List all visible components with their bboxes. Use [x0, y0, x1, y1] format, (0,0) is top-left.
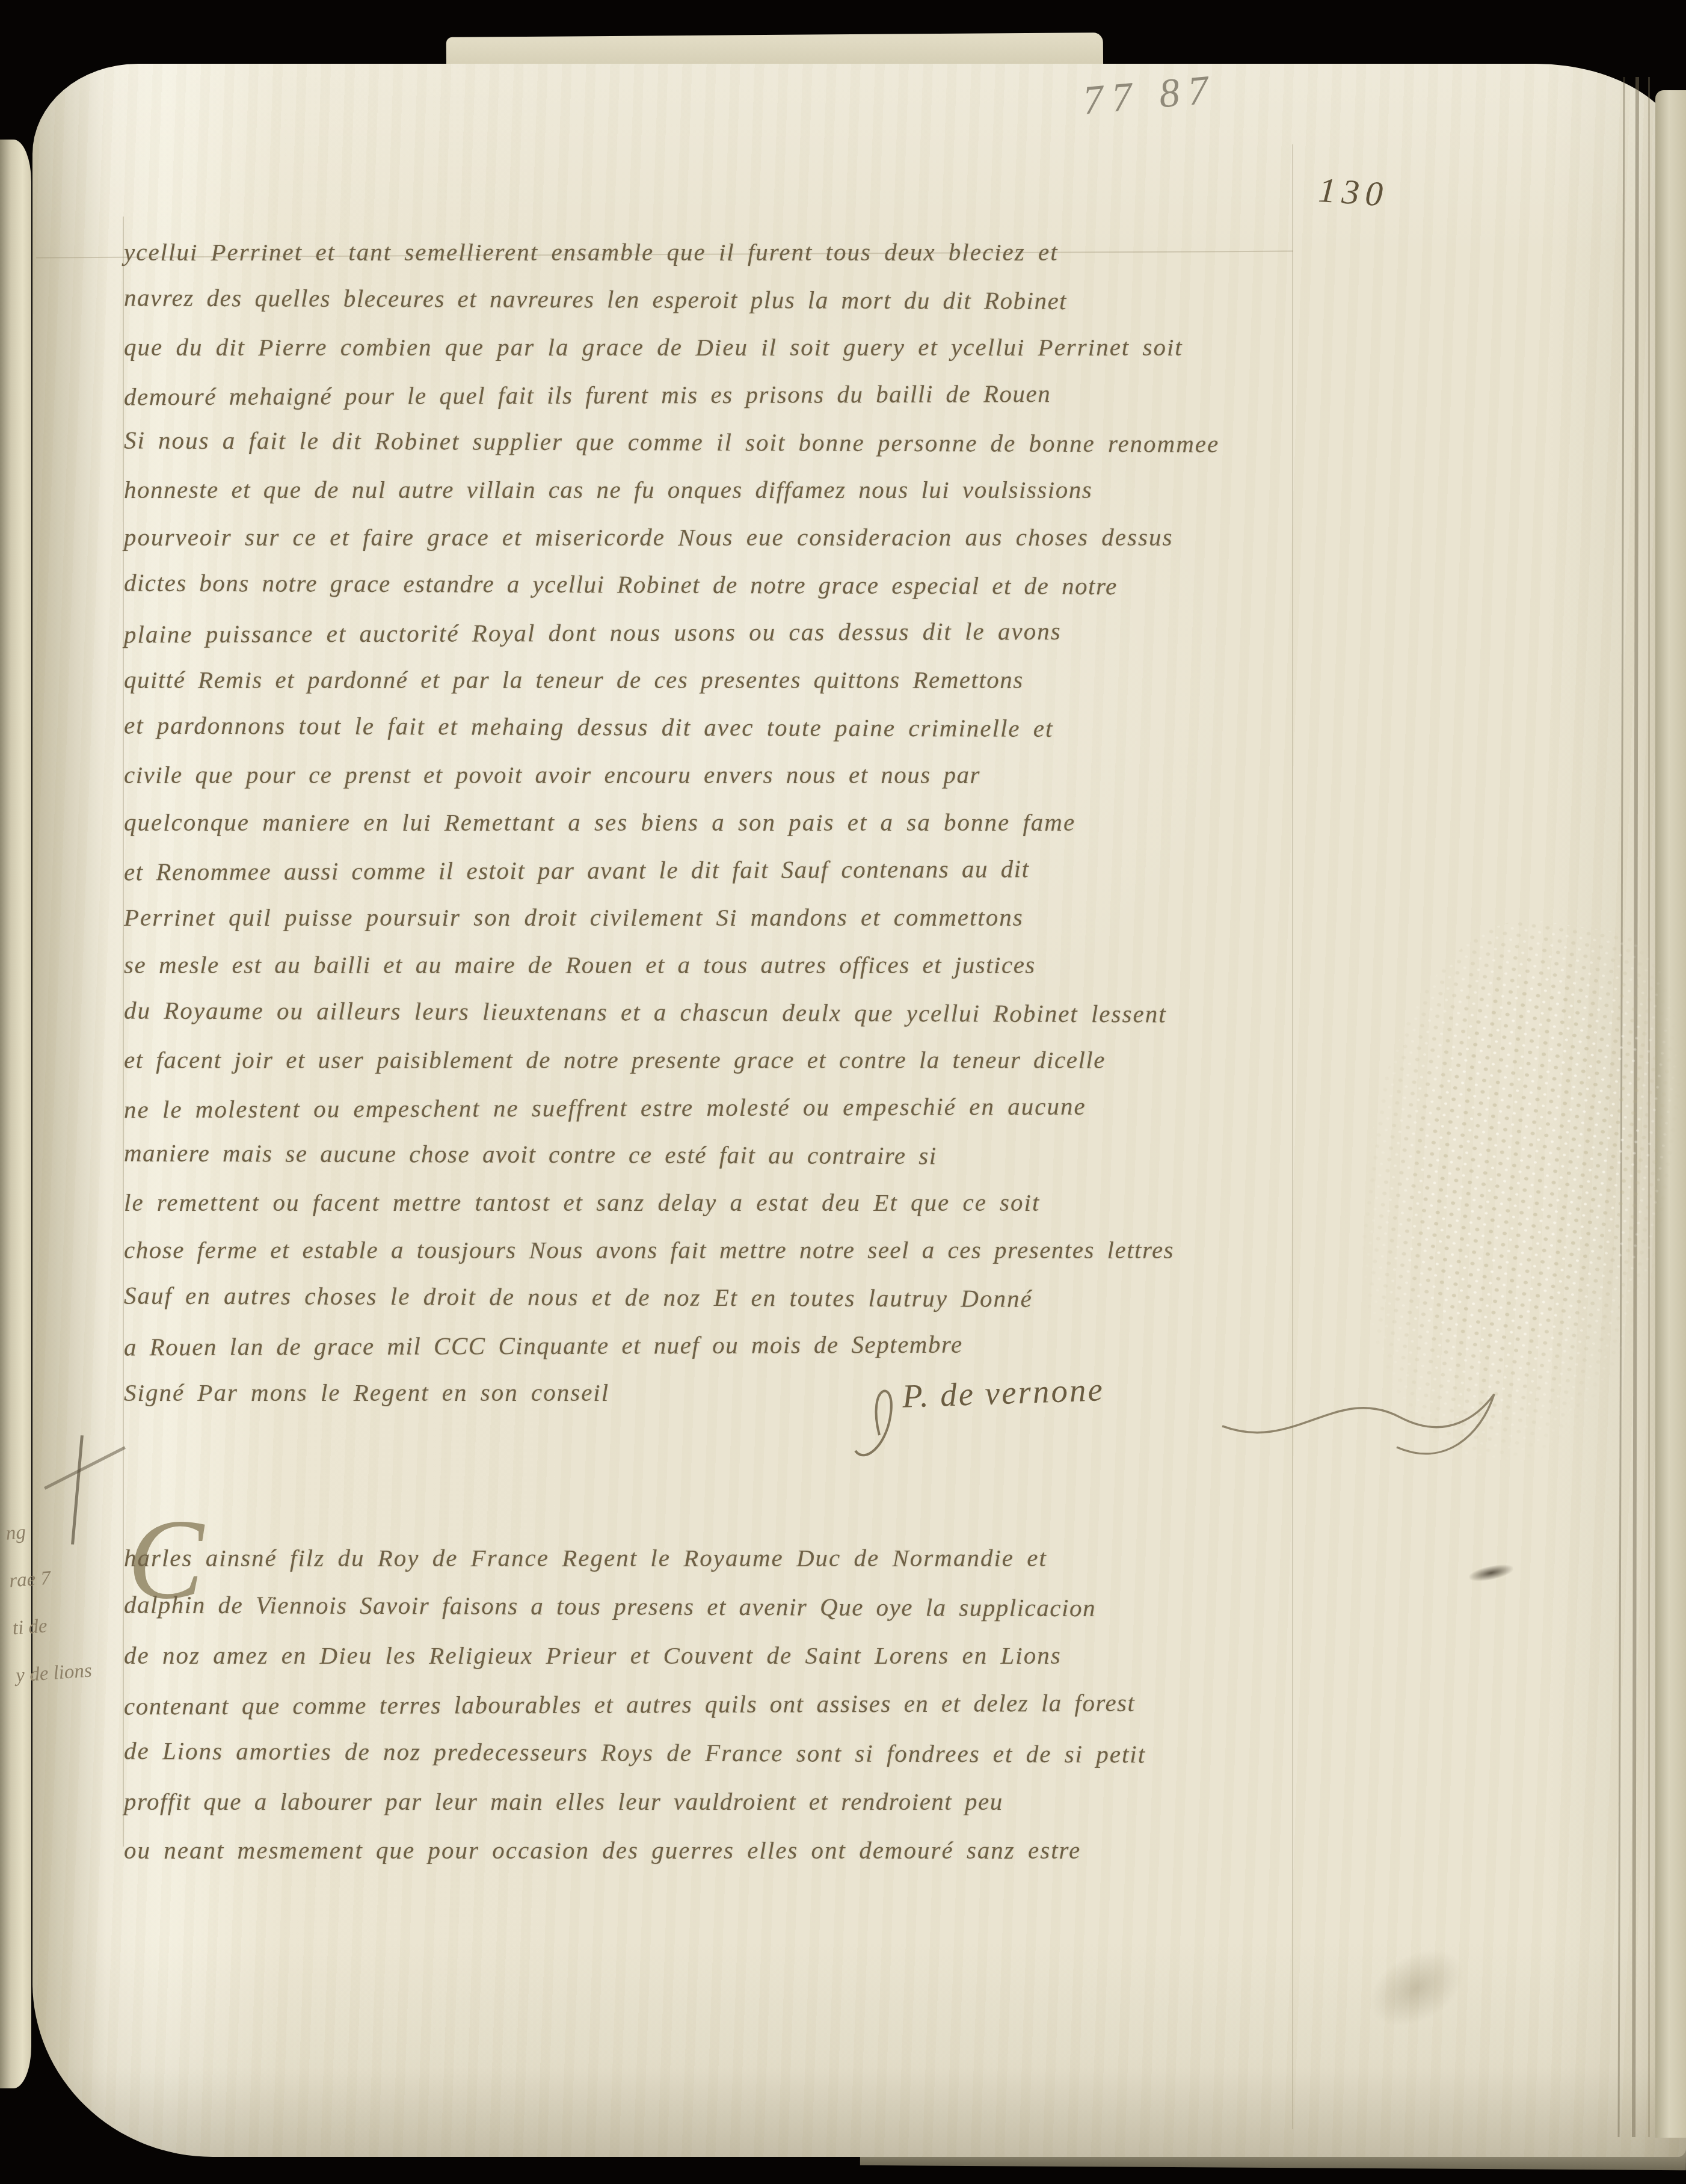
manuscript-text-line: de Lions amorties de noz predecesseurs R… [124, 1727, 1321, 1780]
folio-number: 130 [1317, 170, 1390, 215]
manuscript-text-line: ne le molestent ou empeschent ne sueffre… [124, 1082, 1321, 1134]
manuscript-text-line: quitté Remis et pardonné et par la teneu… [124, 656, 1321, 704]
manuscript-text-line: du Royaume ou ailleurs leurs lieuxtenans… [124, 987, 1321, 1039]
margin-note-line: ng [4, 1505, 84, 1558]
margin-note-line: rae 7 [8, 1552, 87, 1605]
manuscript-text-line: chose ferme et estable a tousjours Nous … [124, 1226, 1321, 1274]
manuscript-text-line: demouré mehaigné pour le quel fait ils f… [124, 369, 1321, 421]
margin-note-line: y de lions [14, 1647, 94, 1700]
clerk-signature: P. de vernone [902, 1370, 1105, 1415]
manuscript-text-line: se mesle est au bailli et au maire de Ro… [124, 941, 1321, 989]
manuscript-text-line: maniere mais se aucune chose avoit contr… [124, 1130, 1321, 1181]
charter-charles-text: harles ainsné filz du Roy de France Rege… [124, 1534, 1321, 1875]
charter-remission-text: ycellui Perrinet et tant semellierent en… [124, 229, 1321, 1417]
manuscript-text-line: proffit que a labourer par leur main ell… [124, 1777, 1321, 1826]
manuscript-text-line: ou neant mesmement que pour occasion des… [124, 1826, 1321, 1875]
manuscript-text-line: honneste et que de nul autre villain cas… [124, 466, 1321, 514]
manuscript-text-line: civile que pour ce prenst et povoit avoi… [124, 751, 1321, 799]
manuscript-text-line: dalphin de Viennois Savoir faisons a tou… [124, 1581, 1321, 1634]
manuscript-text-line: quelconque maniere en lui Remettant a se… [124, 799, 1321, 846]
manuscript-text-line: le remettent ou facent mettre tantost et… [124, 1179, 1321, 1226]
book-leaf-edge-left [0, 140, 31, 2088]
manuscript-text-line: navrez des quelles bleceures et navreure… [124, 274, 1321, 326]
margin-note-line: ti de [11, 1600, 90, 1653]
margin-note: ngrae 7ti dey de lions [4, 1505, 93, 1700]
manuscript-text-line: ycellui Perrinet et tant semellierent en… [124, 229, 1321, 276]
manuscript-photo: 77 87 130 ycellui Perrinet et tant semel… [0, 0, 1686, 2184]
manuscript-text-line: et facent joir et user paisiblement de n… [124, 1036, 1321, 1084]
manuscript-text-line: plaine puissance et auctorité Royal dont… [124, 607, 1321, 659]
signature-flourish [837, 1357, 1511, 1477]
manuscript-text-line: pourveoir sur ce et faire grace et miser… [124, 514, 1321, 561]
manuscript-text-line: contenant que comme terres labourables e… [124, 1678, 1321, 1731]
manuscript-text-line: de noz amez en Dieu les Religieux Prieur… [124, 1631, 1321, 1680]
manuscript-text-line: harles ainsné filz du Roy de France Rege… [124, 1534, 1321, 1583]
manuscript-text-line: Perrinet quil puisse poursuir son droit … [124, 894, 1321, 941]
manuscript-text-line: Sauf en autres choses le droit de nous e… [124, 1272, 1321, 1324]
manuscript-text-line: et Renommee aussi comme il estoit par av… [124, 844, 1321, 896]
manuscript-text-line: Si nous a fait le dit Robinet supplier q… [124, 417, 1321, 469]
manuscript-text-line: et pardonnons tout le fait et mehaing de… [124, 702, 1321, 754]
manuscript-text-line: que du dit Pierre combien que par la gra… [124, 324, 1321, 371]
manuscript-text-line: dictes bons notre grace estandre a ycell… [124, 559, 1321, 611]
